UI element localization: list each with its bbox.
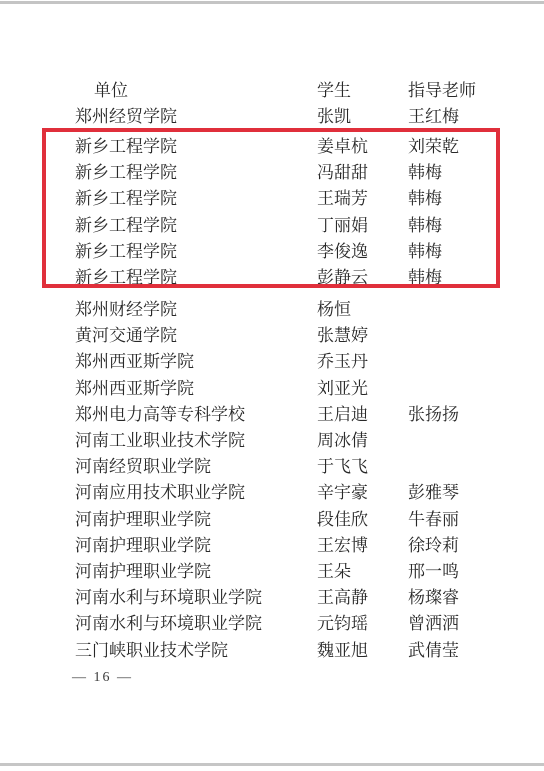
teacher-cell: 韩梅 (408, 263, 544, 288)
student-cell: 王启迪 (317, 400, 408, 425)
student-cell: 乔玉丹 (317, 347, 408, 372)
unit-cell: 新乡工程学院 (75, 184, 317, 209)
document-page: 单位 学生 指导老师 郑州经贸学院 张凯 王红梅 新乡工程学院 姜卓杭 刘荣乾 … (0, 0, 544, 771)
student-cell: 王宏博 (317, 531, 408, 556)
teacher-cell: 武倩莹 (408, 636, 544, 661)
student-cell: 辛宇豪 (317, 478, 408, 503)
unit-cell: 新乡工程学院 (75, 132, 317, 157)
unit-cell: 郑州财经学院 (75, 295, 317, 320)
page-number: — 16 — (72, 670, 133, 686)
table-row: 新乡工程学院 丁丽娟 韩梅 (0, 210, 544, 236)
unit-cell: 河南经贸职业学院 (75, 452, 317, 477)
table-row: 新乡工程学院 冯甜甜 韩梅 (0, 158, 544, 184)
unit-cell: 河南水利与环境职业学院 (75, 609, 317, 634)
unit-cell: 河南应用技术职业学院 (75, 478, 317, 503)
unit-cell: 新乡工程学院 (75, 211, 317, 236)
student-cell: 于飞飞 (317, 452, 408, 477)
table-row: 郑州西亚斯学院 乔玉丹 (0, 347, 544, 373)
award-table: 单位 学生 指导老师 郑州经贸学院 张凯 王红梅 新乡工程学院 姜卓杭 刘荣乾 … (0, 75, 544, 661)
unit-cell: 新乡工程学院 (75, 158, 317, 183)
unit-cell: 郑州西亚斯学院 (75, 374, 317, 399)
teacher-cell: 韩梅 (408, 184, 544, 209)
teacher-cell: 徐玲莉 (408, 531, 544, 556)
table-row: 河南工业职业技术学院 周冰倩 (0, 425, 544, 451)
student-cell: 刘亚光 (317, 374, 408, 399)
student-cell: 冯甜甜 (317, 158, 408, 183)
student-cell: 杨恒 (317, 295, 408, 320)
table-header-row: 单位 学生 指导老师 (0, 75, 544, 101)
teacher-cell: 邢一鸣 (408, 557, 544, 582)
teacher-cell: 王红梅 (408, 102, 544, 127)
student-cell: 王瑞芳 (317, 184, 408, 209)
student-cell: 丁丽娟 (317, 211, 408, 236)
unit-cell: 河南护理职业学院 (75, 557, 317, 582)
student-cell: 张慧婷 (317, 321, 408, 346)
table-row: 河南水利与环境职业学院 王高静 杨璨睿 (0, 583, 544, 609)
teacher-cell: 韩梅 (408, 237, 544, 262)
unit-cell: 河南护理职业学院 (75, 531, 317, 556)
unit-cell: 新乡工程学院 (75, 263, 317, 288)
table-row: 河南应用技术职业学院 辛宇豪 彭雅琴 (0, 478, 544, 504)
table-row: 河南护理职业学院 王宏博 徐玲莉 (0, 530, 544, 556)
table-row: 新乡工程学院 王瑞芳 韩梅 (0, 184, 544, 210)
column-header-teacher: 指导老师 (408, 76, 544, 101)
unit-cell: 三门峡职业技术学院 (75, 636, 317, 661)
teacher-cell: 曾洒洒 (408, 609, 544, 634)
table-row: 新乡工程学院 姜卓杭 刘荣乾 (0, 131, 544, 157)
unit-cell: 河南工业职业技术学院 (75, 426, 317, 451)
teacher-cell: 韩梅 (408, 158, 544, 183)
column-header-unit: 单位 (75, 76, 317, 101)
table-row: 黄河交通学院 张慧婷 (0, 321, 544, 347)
table-row: 新乡工程学院 李俊逸 韩梅 (0, 236, 544, 262)
student-cell: 李俊逸 (317, 237, 408, 262)
teacher-cell: 杨璨睿 (408, 583, 544, 608)
student-cell: 段佳欣 (317, 505, 408, 530)
student-cell: 王朵 (317, 557, 408, 582)
teacher-cell: 韩梅 (408, 211, 544, 236)
student-cell: 姜卓杭 (317, 132, 408, 157)
student-cell: 彭静云 (317, 263, 408, 288)
teacher-cell: 刘荣乾 (408, 132, 544, 157)
teacher-cell: 牛春丽 (408, 505, 544, 530)
table-row: 新乡工程学院 彭静云 韩梅 (0, 262, 544, 288)
student-cell: 王高静 (317, 583, 408, 608)
page-edge-bottom (0, 763, 544, 766)
table-row: 河南水利与环境职业学院 元钧瑶 曾洒洒 (0, 609, 544, 635)
table-row: 郑州经贸学院 张凯 王红梅 (0, 101, 544, 127)
student-cell: 张凯 (317, 102, 408, 127)
student-cell: 魏亚旭 (317, 636, 408, 661)
table-row: 河南护理职业学院 王朵 邢一鸣 (0, 556, 544, 582)
unit-cell: 郑州经贸学院 (75, 102, 317, 127)
student-cell: 元钧瑶 (317, 609, 408, 634)
teacher-cell: 张扬扬 (408, 400, 544, 425)
student-cell: 周冰倩 (317, 426, 408, 451)
unit-cell: 黄河交通学院 (75, 321, 317, 346)
table-row: 河南护理职业学院 段佳欣 牛春丽 (0, 504, 544, 530)
column-header-student: 学生 (317, 76, 408, 101)
unit-cell: 河南护理职业学院 (75, 505, 317, 530)
page-edge-top (0, 1, 544, 4)
table-row: 郑州电力高等专科学校 王启迪 张扬扬 (0, 399, 544, 425)
teacher-cell: 彭雅琴 (408, 478, 544, 503)
table-row: 河南经贸职业学院 于飞飞 (0, 452, 544, 478)
table-body: 郑州经贸学院 张凯 王红梅 新乡工程学院 姜卓杭 刘荣乾 新乡工程学院 冯甜甜 … (0, 101, 544, 661)
unit-cell: 河南水利与环境职业学院 (75, 583, 317, 608)
unit-cell: 郑州西亚斯学院 (75, 347, 317, 372)
unit-cell: 郑州电力高等专科学校 (75, 400, 317, 425)
table-row: 郑州西亚斯学院 刘亚光 (0, 373, 544, 399)
table-row: 郑州财经学院 杨恒 (0, 295, 544, 321)
unit-cell: 新乡工程学院 (75, 237, 317, 262)
table-row: 三门峡职业技术学院 魏亚旭 武倩莹 (0, 635, 544, 661)
